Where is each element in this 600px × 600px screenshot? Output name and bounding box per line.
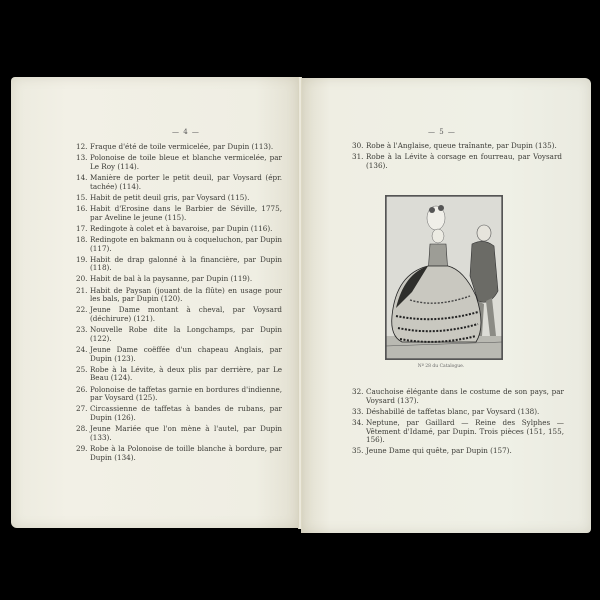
- right-entry-list-bottom: 32.Cauchoise élégante dans le costume de…: [352, 388, 564, 459]
- catalogue-entry: 21.Habit de Paysan (jouant de la flûte) …: [76, 287, 282, 304]
- catalogue-entry: 20.Habit de bal à la paysanne, par Dupin…: [76, 275, 282, 284]
- catalogue-entry: 16.Habit d'Erosine dans le Barbier de Sé…: [76, 205, 282, 222]
- catalogue-entry: 22.Jeune Dame montant à cheval, par Voys…: [76, 306, 282, 323]
- right-entry-list-top: 30.Robe à l'Anglaise, queue traînante, p…: [352, 142, 562, 173]
- left-entry-list: 12.Fraque d'été de toile vermicelée, par…: [76, 143, 282, 465]
- catalogue-entry: 30.Robe à l'Anglaise, queue traînante, p…: [352, 142, 562, 151]
- fashion-plate-engraving: [385, 195, 503, 360]
- catalogue-entry: 26.Polonoise de taffetas garnie en bordu…: [76, 386, 282, 403]
- catalogue-entry: 17.Redingote à colet et à bavaroise, par…: [76, 225, 282, 234]
- catalogue-entry: 23.Nouvelle Robe dite la Longchamps, par…: [76, 326, 282, 343]
- catalogue-entry: 25.Robe à la Lévite, à deux plis par der…: [76, 366, 282, 383]
- catalogue-entry: 27.Circassienne de taffetas à bandes de …: [76, 405, 282, 422]
- engraving-illustration-icon: [386, 196, 502, 359]
- catalogue-entry: 15.Habit de petit deuil gris, par Voysar…: [76, 194, 282, 203]
- catalogue-entry: 34.Neptune, par Gaillard — Reine des Syl…: [352, 419, 564, 445]
- plate-caption: Nº 28 du Catalogue.: [400, 364, 482, 369]
- catalogue-entry: 13.Polonoise de toile bleue et blanche v…: [76, 154, 282, 171]
- book-gutter: [298, 77, 302, 529]
- catalogue-entry: 31.Robe à la Lévite à corsage en fourrea…: [352, 153, 562, 170]
- left-page-number: — 4 —: [172, 128, 200, 136]
- catalogue-entry: 29.Robe à la Polonoise de toille blanche…: [76, 445, 282, 462]
- catalogue-entry: 33.Déshabillé de taffetas blanc, par Voy…: [352, 408, 564, 417]
- catalogue-entry: 18.Redingote en bakmann ou à coqueluchon…: [76, 236, 282, 253]
- catalogue-entry: 12.Fraque d'été de toile vermicelée, par…: [76, 143, 282, 152]
- catalogue-entry: 14.Manière de porter le petit deuil, par…: [76, 174, 282, 191]
- catalogue-entry: 24.Jeune Dame coëffée d'un chapeau Angla…: [76, 346, 282, 363]
- catalogue-entry: 28.Jeune Mariée que l'on mène à l'autel,…: [76, 425, 282, 442]
- catalogue-entry: 19.Habit de drap galonné à la financière…: [76, 256, 282, 273]
- right-page-number: — 5 —: [428, 128, 456, 136]
- catalogue-entry: 32.Cauchoise élégante dans le costume de…: [352, 388, 564, 405]
- catalogue-entry: 35.Jeune Dame qui quête, par Dupin (157)…: [352, 447, 564, 456]
